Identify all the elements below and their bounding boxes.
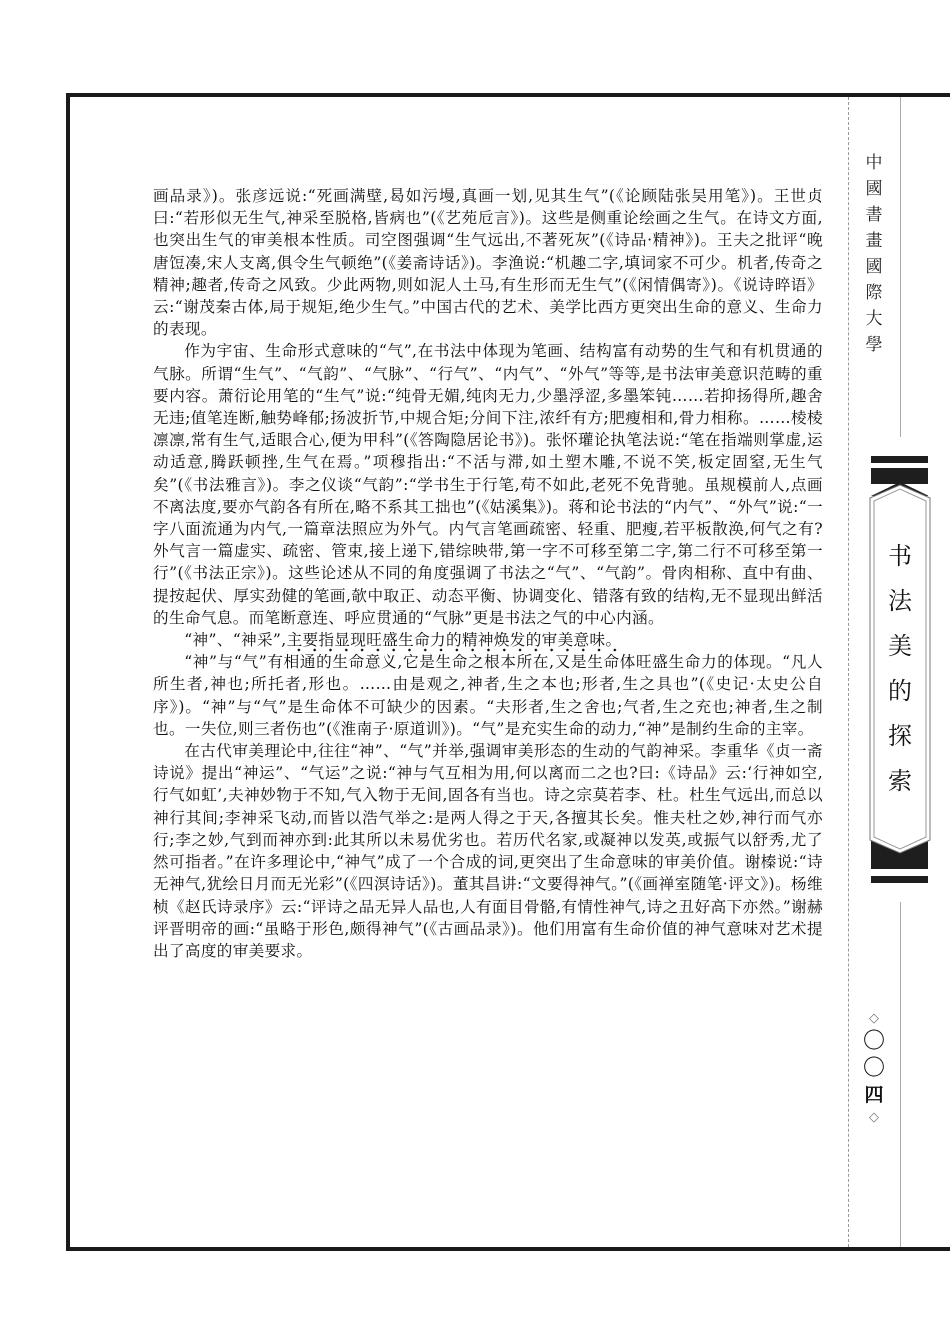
university-name: 中 國 書 畫 國 際 大 學 <box>862 150 886 358</box>
univ-char: 大 <box>862 306 886 332</box>
book-title-cartouche: 书 法 美 的 探 索 <box>869 484 931 854</box>
body-text: 画品录》)。张彦远说:“死画满壁,曷如污墁,真画一划,见其生气”(《论顾陆张吴用… <box>153 185 823 962</box>
paragraph-lead: “神”、“神采”, <box>184 631 286 649</box>
univ-char: 際 <box>862 280 886 306</box>
univ-char: 國 <box>862 176 886 202</box>
page-digit: 四 <box>862 1082 886 1109</box>
title-char: 法 <box>869 579 931 624</box>
title-char: 探 <box>869 714 931 759</box>
paragraph: 画品录》)。张彦远说:“死画满壁,曷如污墁,真画一划,见其生气”(《论顾陆张吴用… <box>153 185 823 340</box>
paragraph: “神”与“气”有相通的生命意义,它是生命之根本所在,又是生命体旺盛生命力的体现。… <box>153 651 823 740</box>
side-rule-inner-bottom <box>900 902 901 1247</box>
book-title: 书 法 美 的 探 索 <box>869 534 931 804</box>
ornament-bar-top-thin <box>871 456 928 463</box>
page-digit: 〇 <box>862 1055 886 1082</box>
paragraph-emphasis: “神”、“神采”,主要指显现旺盛生命力的精神焕发的审美意味。 <box>153 629 823 651</box>
diamond-icon: ◇ <box>862 1109 886 1127</box>
emphasized-text: 主要指显现旺盛生命力的精神焕发的审美意味。 <box>287 631 622 653</box>
paragraph: 在古代审美理论中,往往“神”、“气”并举,强调审美形态的生动的气韵神采。李重华《… <box>153 740 823 962</box>
univ-char: 學 <box>862 332 886 358</box>
univ-char: 畫 <box>862 228 886 254</box>
univ-char: 中 <box>862 150 886 176</box>
title-char: 书 <box>869 534 931 579</box>
ornament-bar-bottom-thin <box>871 876 928 883</box>
title-char: 的 <box>869 669 931 714</box>
side-rule-outer <box>848 97 849 1247</box>
paragraph: 作为宇宙、生命形式意味的“气”,在书法中体现为笔画、结构富有动势的生气和有机贯通… <box>153 340 823 629</box>
univ-char: 國 <box>862 254 886 280</box>
page-number: ◇ 〇 〇 四 ◇ <box>862 1010 886 1127</box>
title-char: 索 <box>869 759 931 804</box>
side-rule-inner-top <box>900 97 901 437</box>
title-char: 美 <box>869 624 931 669</box>
page-digit: 〇 <box>862 1028 886 1055</box>
diamond-icon: ◇ <box>862 1010 886 1028</box>
univ-char: 書 <box>862 202 886 228</box>
